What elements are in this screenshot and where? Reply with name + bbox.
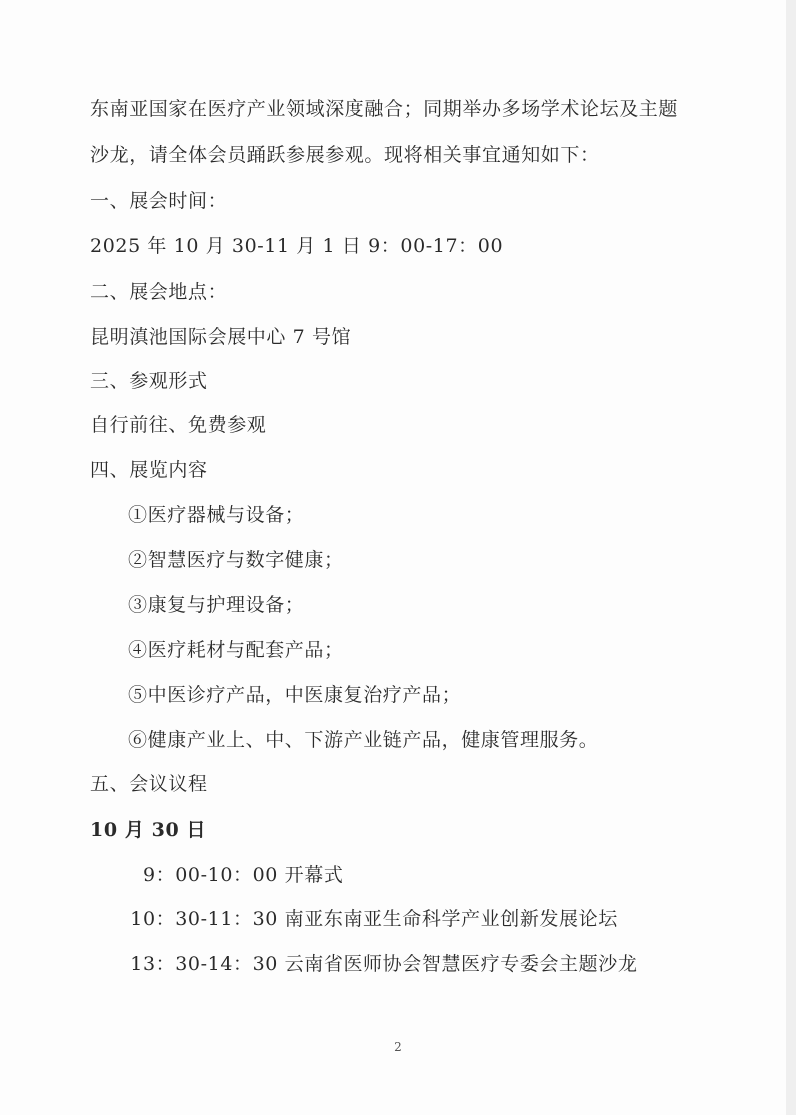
- exhibit-item: ②智慧医疗与数字健康；: [128, 548, 344, 572]
- section-format-heading: 三、参观形式: [90, 369, 208, 393]
- document-page: 东南亚国家在医疗产业领域深度融合；同期举办多场学术论坛及主题 沙龙，请全体会员踊…: [0, 0, 796, 1115]
- intro-line-1: 东南亚国家在医疗产业领域深度融合；同期举办多场学术论坛及主题: [90, 97, 678, 121]
- agenda-event-time: 13：30-14：30: [90, 952, 278, 976]
- agenda-event-title: 南亚东南亚生命科学产业创新发展论坛: [285, 908, 618, 930]
- agenda-event-time: 10：30-11：30: [90, 907, 278, 931]
- page-number: 2: [0, 1040, 796, 1054]
- section-time-heading: 一、展会时间：: [90, 189, 227, 213]
- exhibit-item: ③康复与护理设备；: [128, 593, 304, 617]
- section-exhibits-heading: 四、展览内容: [90, 458, 208, 482]
- agenda-event: 10：30-11：30 南亚东南亚生命科学产业创新发展论坛: [90, 907, 618, 931]
- exhibit-item: ④医疗耗材与配套产品；: [128, 638, 344, 662]
- exhibit-item: ⑤中医诊疗产品，中医康复治疗产品；: [128, 683, 461, 707]
- page-edge: [786, 0, 796, 1115]
- section-venue-heading: 二、展会地点：: [90, 280, 227, 304]
- section-time-content: 2025 年 10 月 30-11 月 1 日 9：00-17：00: [90, 234, 503, 258]
- agenda-event-time: 9：00-10：00: [90, 863, 278, 887]
- exhibit-item: ⑥健康产业上、中、下游产业链产品，健康管理服务。: [128, 728, 598, 752]
- intro-line-2: 沙龙，请全体会员踊跃参展参观。现将相关事宜通知如下：: [90, 143, 600, 167]
- agenda-event: 13：30-14：30 云南省医师协会智慧医疗专委会主题沙龙: [90, 952, 637, 976]
- exhibit-item: ①医疗器械与设备；: [128, 503, 304, 527]
- section-venue-content: 昆明滇池国际会展中心 7 号馆: [90, 325, 351, 349]
- agenda-date: 10 月 30 日: [90, 818, 206, 842]
- agenda-event: 9：00-10：00 开幕式: [90, 863, 343, 887]
- section-agenda-heading: 五、会议议程: [90, 772, 208, 796]
- section-format-content: 自行前往、免费参观: [90, 413, 266, 437]
- agenda-event-title: 开幕式: [285, 864, 344, 886]
- agenda-event-title: 云南省医师协会智慧医疗专委会主题沙龙: [285, 953, 638, 975]
